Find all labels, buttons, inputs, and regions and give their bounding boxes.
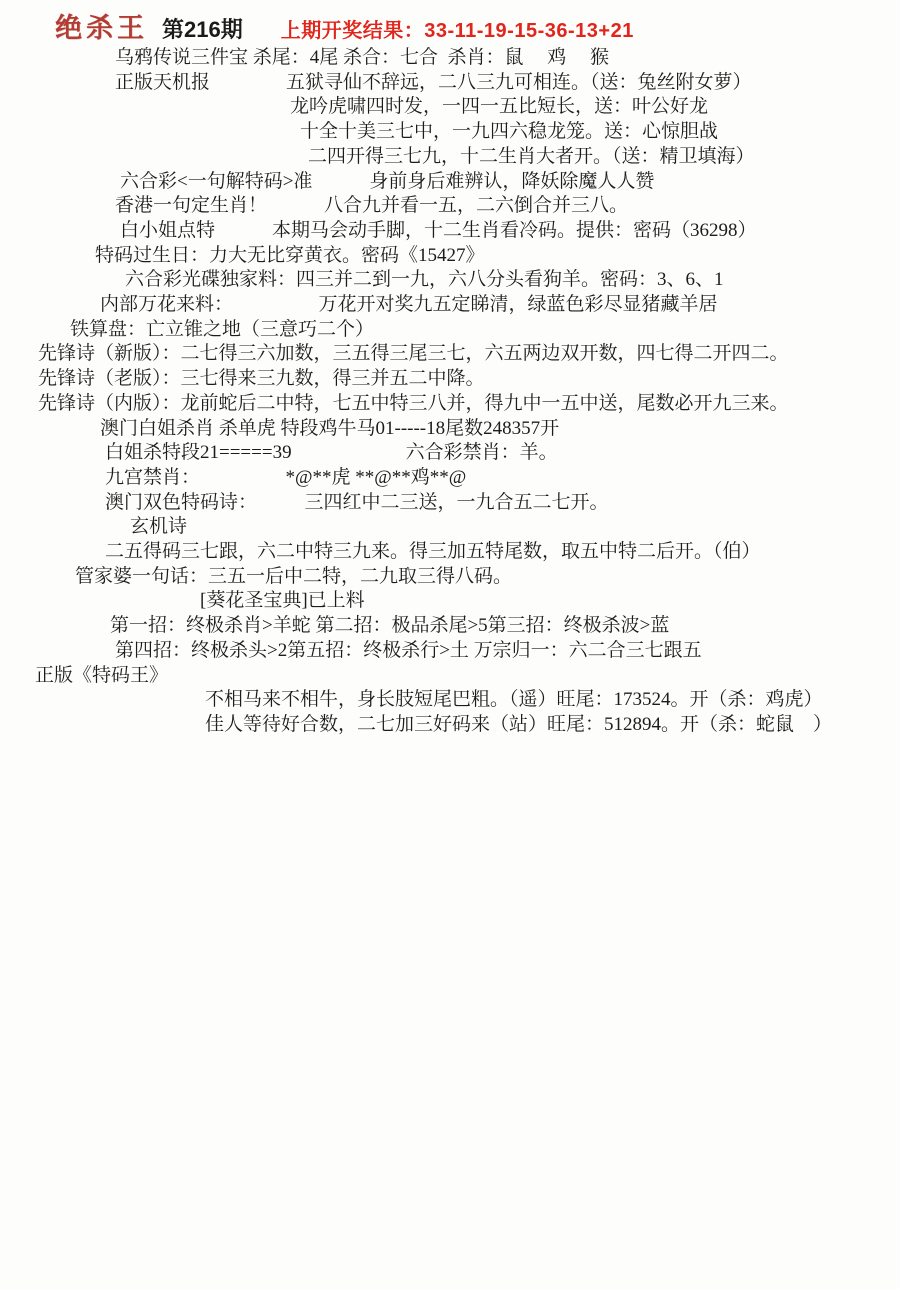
text-line: [葵花圣宝典]已上料: [0, 589, 900, 614]
issue-number: 第216期: [162, 13, 243, 44]
content-lines: 乌鸦传说三件宝 杀尾：4尾 杀合：七合 杀肖：鼠 鸡 猴正版天机报 五狱寻仙不辞…: [0, 46, 900, 738]
text-line: 管家婆一句话：三五一后中二特，二九取三得八码。: [0, 565, 900, 590]
text-line: 二五得码三七跟，六二中特三九来。得三加五特尾数，取五中特二后开。（伯）: [0, 540, 900, 565]
logo: 绝杀王: [55, 6, 148, 45]
text-line: 先锋诗（内版）：龙前蛇后二中特，七五中特三八并，得九中一五中送，尾数必开九三来。: [0, 392, 900, 417]
text-line: 先锋诗（新版）：二七得三六加数，三五得三尾三七，六五两边双开数，四七得二开四二。: [0, 342, 900, 367]
text-line: 第一招：终极杀肖>羊蛇 第二招：极品杀尾>5第三招：终极杀波>蓝: [0, 614, 900, 639]
text-line: 特码过生日：力大无比穿黄衣。密码《15427》: [0, 244, 900, 269]
text-line: 第四招：终极杀头>2第五招：终极杀行>土 万宗归一：六二合三七跟五: [0, 639, 900, 664]
text-line: 玄机诗: [0, 515, 900, 540]
text-line: 澳门白姐杀肖 杀单虎 特段鸡牛马01-----18尾数248357开: [0, 417, 900, 442]
text-line: 内部万花来料： 万花开对奖九五定睇清，绿蓝色彩尽显猪藏羊居: [0, 293, 900, 318]
text-line: 二四开得三七九，十二生肖大者开。（送：精卫填海）: [0, 145, 900, 170]
text-line: 六合彩<一句解特码>准 身前身后难辨认，降妖除魔人人赞: [0, 170, 900, 195]
text-line: 澳门双色特码诗： 三四红中二三送，一九合五二七开。: [0, 491, 900, 516]
text-line: 十全十美三七中，一九四六稳龙笼。送：心惊胆战: [0, 120, 900, 145]
text-line: 白姐杀特段21=====39 六合彩禁肖：羊。: [0, 441, 900, 466]
text-line: 九宫禁肖： *@**虎 **@**鸡**@: [0, 466, 900, 491]
page-root: 绝杀王 第216期 上期开奖结果：33-11-19-15-36-13+21 乌鸦…: [0, 0, 900, 1289]
text-line: 先锋诗（老版）：三七得来三九数，得三并五二中降。: [0, 367, 900, 392]
text-line: 六合彩光碟独家料：四三并二到一九，六八分头看狗羊。密码：3、6、1: [0, 268, 900, 293]
text-line: 正版《特码王》: [0, 664, 900, 689]
header: 绝杀王 第216期 上期开奖结果：33-11-19-15-36-13+21: [55, 6, 634, 45]
text-line: 香港一句定生肖！ 八合九并看一五，二六倒合并三八。: [0, 194, 900, 219]
text-line: 龙吟虎啸四时发，一四一五比短长，送：叶公好龙: [0, 95, 900, 120]
text-line: 正版天机报 五狱寻仙不辞远，二八三九可相连。（送：兔丝附女萝）: [0, 71, 900, 96]
last-result: 上期开奖结果：33-11-19-15-36-13+21: [281, 14, 634, 43]
text-line: 铁算盘：亡立锥之地（三意巧二个）: [0, 318, 900, 343]
text-line: 乌鸦传说三件宝 杀尾：4尾 杀合：七合 杀肖：鼠 鸡 猴: [0, 46, 900, 71]
text-line: 佳人等待好合数，二七加三好码来（站）旺尾：512894。开（杀：蛇鼠 ）: [0, 713, 900, 738]
text-line: 白小姐点特 本期马会动手脚，十二生肖看冷码。提供：密码（36298）: [0, 219, 900, 244]
text-line: 不相马来不相牛，身长肢短尾巴粗。（遥）旺尾：173524。开（杀：鸡虎）: [0, 688, 900, 713]
